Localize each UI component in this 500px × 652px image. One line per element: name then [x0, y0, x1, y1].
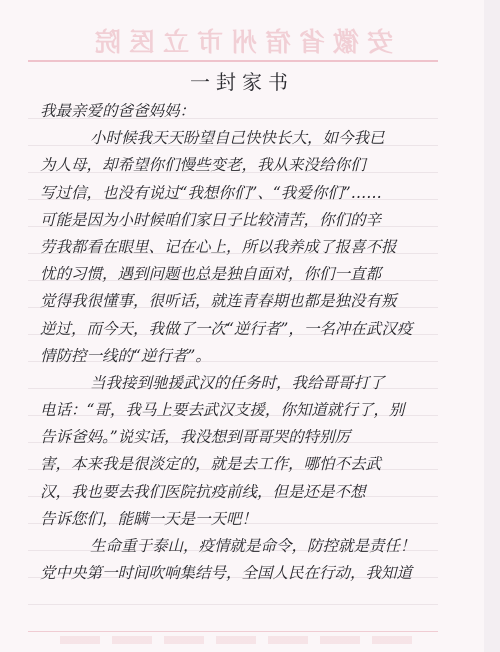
- letter-line: 逆过，而今天，我做了一次“逆行者”，一名冲在武汉疫: [40, 316, 440, 343]
- letter-line: 情防控一线的“逆行者”。: [40, 343, 440, 370]
- letterhead-mirrored: 安徽省宿州市立医院: [40, 22, 440, 52]
- letter-line: 忧的习惯，遇到问题也总是独自面对，你们一直都: [40, 261, 440, 288]
- letter-line: 劳我都看在眼里、记在心上，所以我养成了报喜不报: [40, 234, 440, 261]
- letter-line: 告诉爸妈。”说实话，我没想到哥哥哭的特别厉: [40, 424, 440, 451]
- letter-line: 电话：“哥，我马上要去武汉支援，你知道就行了，别: [40, 397, 440, 424]
- salutation: 我最亲爱的爸爸妈妈：: [40, 98, 440, 125]
- letter-line: 生命重于泰山，疫情就是命令，防控就是责任！: [40, 533, 440, 560]
- footer-divider: [28, 631, 438, 632]
- letter-line: 小时候我天天盼望自己快快长大，如今我已: [40, 125, 440, 152]
- letter-line: 害，本来我是很淡定的，就是去工作，哪怕不去武: [40, 451, 440, 478]
- letter-body: 我最亲爱的爸爸妈妈： 小时候我天天盼望自己快快长大，如今我已 为人母，却希望你们…: [40, 98, 440, 587]
- page-edge: [484, 0, 500, 652]
- letter-line: 为人母，却希望你们慢些变老，我从来没给你们: [40, 152, 440, 179]
- letter-title: 一封家书: [0, 66, 484, 95]
- letter-line: 告诉您们，能瞒一天是一天吧！: [40, 506, 440, 533]
- footer-faint-text: [60, 636, 420, 644]
- letter-line: 党中央第一时间吹响集结号，全国人民在行动，我知道: [40, 560, 440, 587]
- letterhead-divider: [28, 60, 438, 62]
- letter-line: 汉，我也要去我们医院抗疫前线，但是还是不想: [40, 479, 440, 506]
- letter-line: 当我接到驰援武汉的任务时，我给哥哥打了: [40, 370, 440, 397]
- letter-line: 觉得我很懂事，很听话，就连青春期也都是独没有叛: [40, 288, 440, 315]
- letter-line: 写过信，也没有说过“我想你们”、“我爱你们”……: [40, 180, 440, 207]
- letter-line: 可能是因为小时候咱们家日子比较清苦，你们的辛: [40, 207, 440, 234]
